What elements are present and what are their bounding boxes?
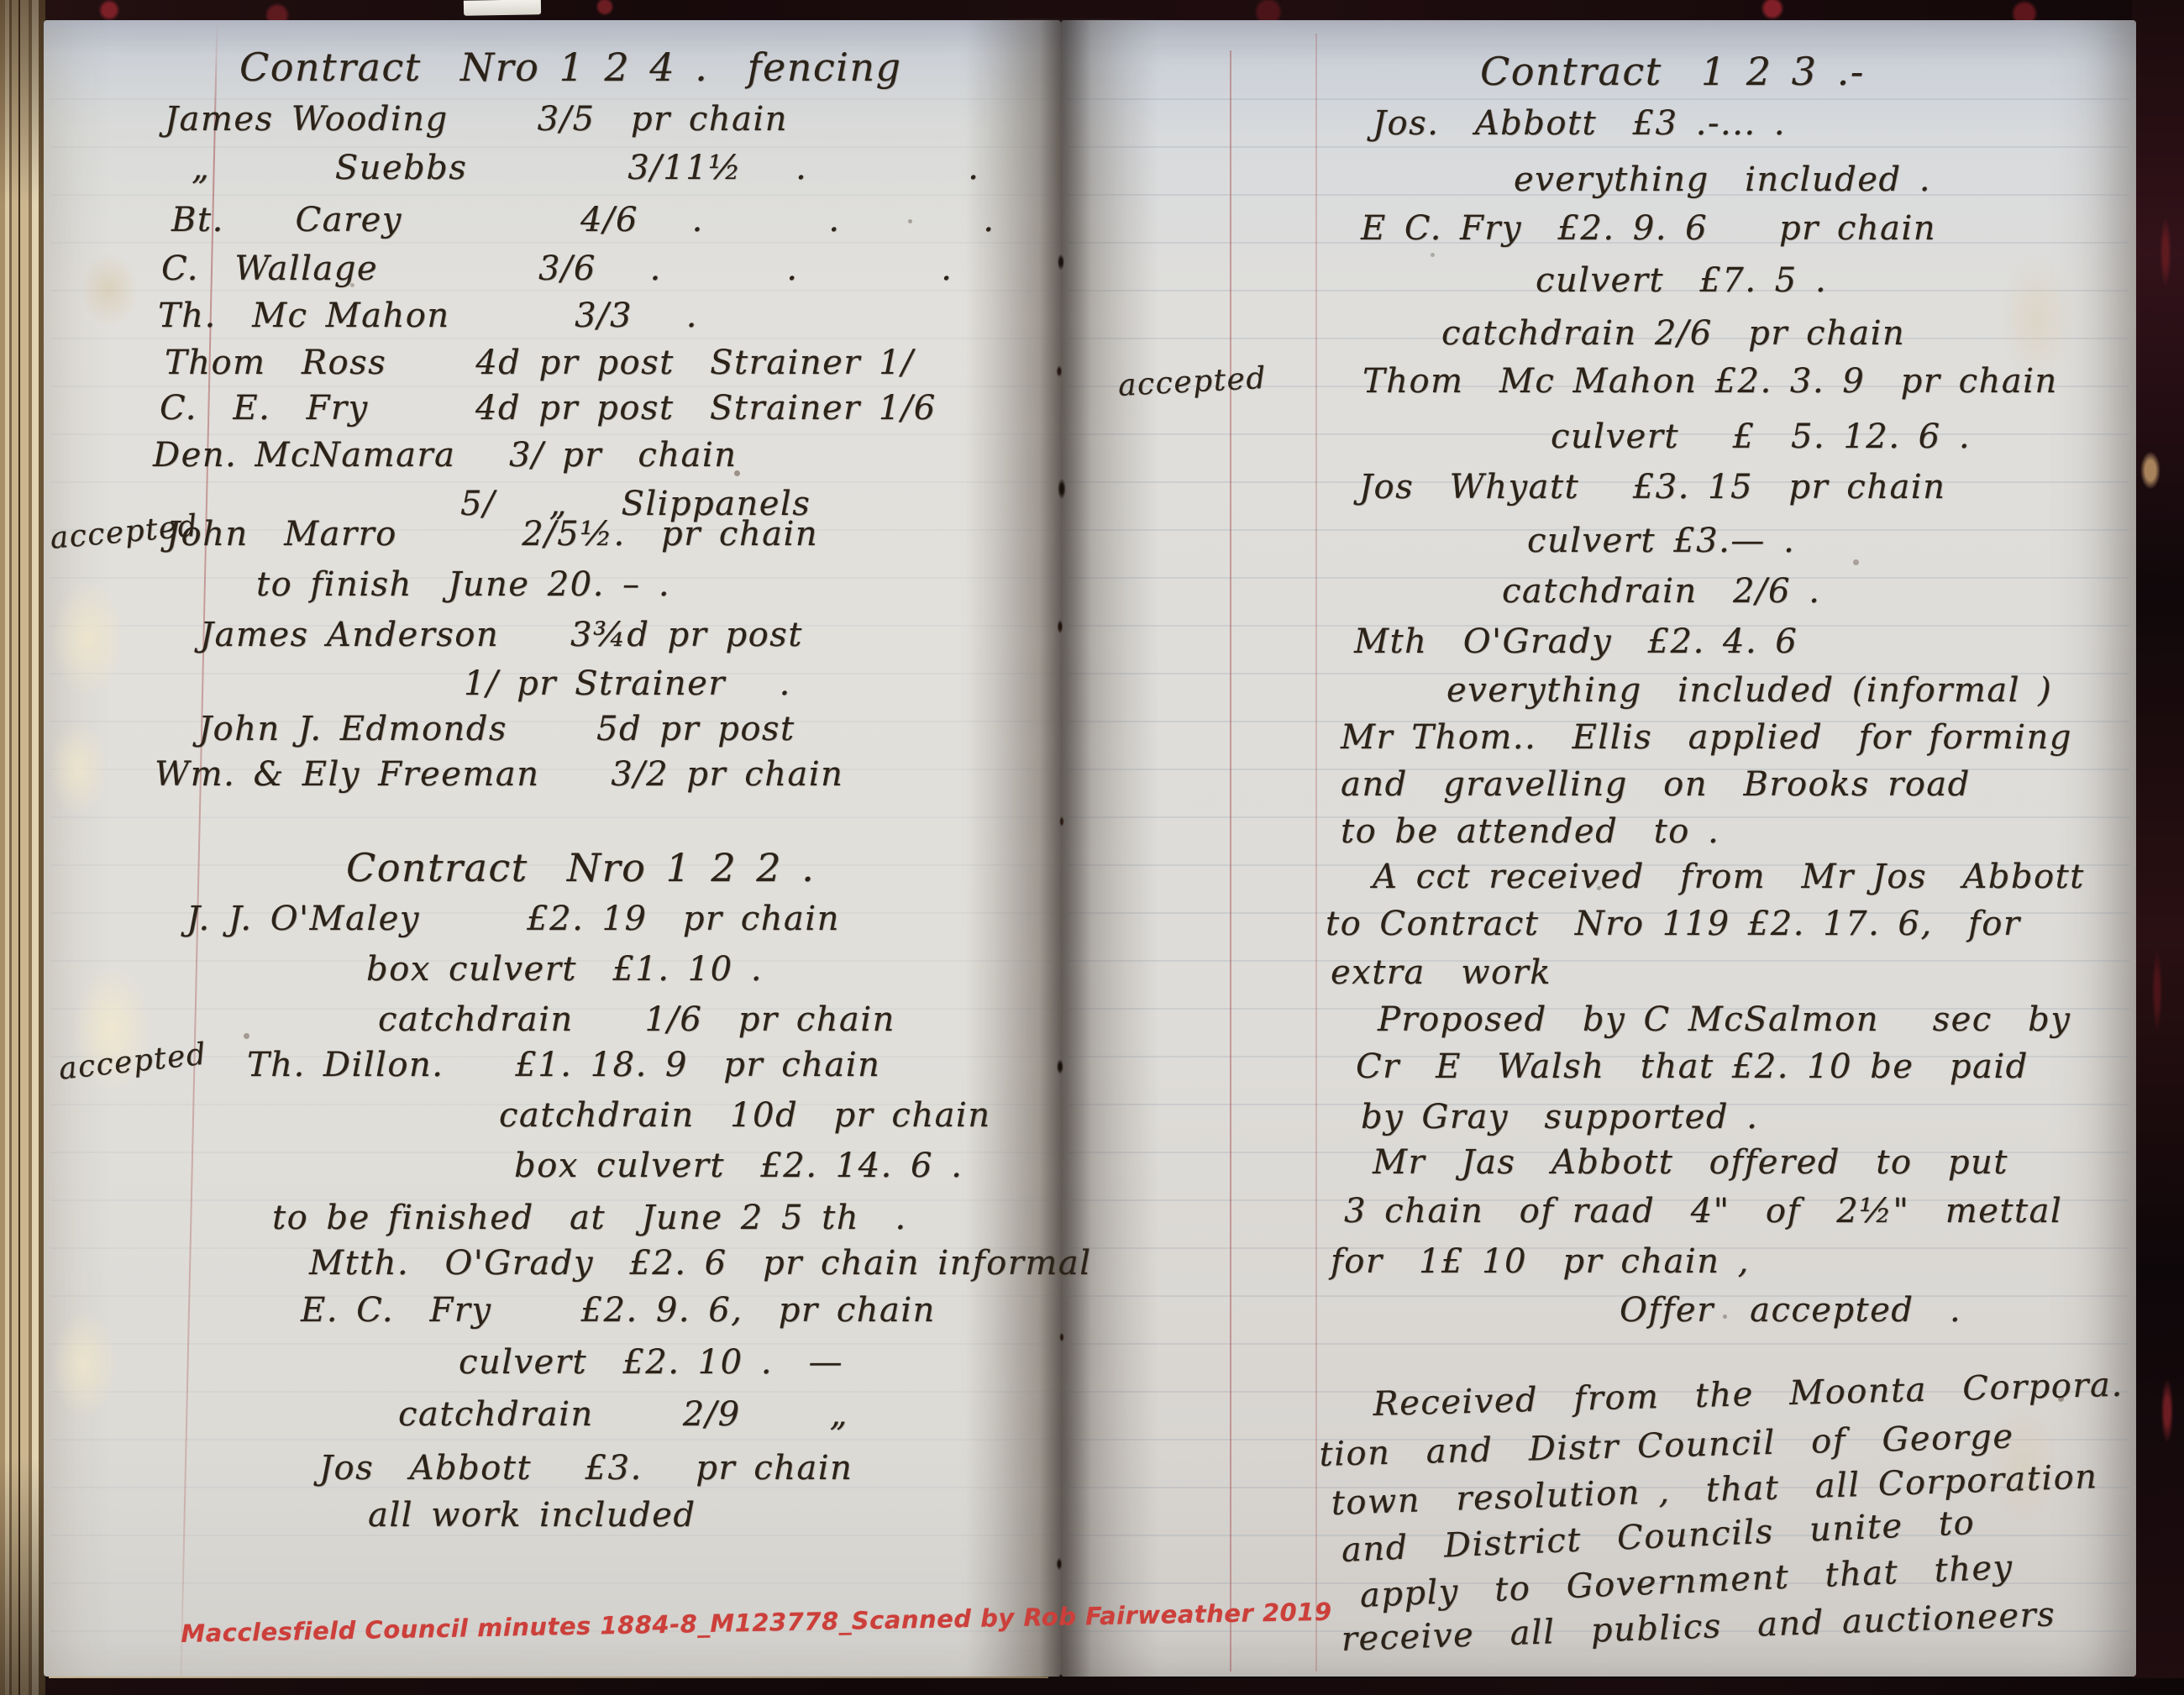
handwritten-line: James Anderson 3¾d pr post [200, 617, 803, 653]
handwritten-line: E C. Fry £2. 9. 6 pr chain [1361, 210, 1936, 247]
handwritten-line: Jos. Abbott £3 .-... . [1373, 105, 1786, 142]
protruding-page-edge [464, 0, 541, 16]
handwritten-line: to finish June 20. – . [256, 566, 670, 603]
handwritten-line: Th. Dillon. £1. 18. 9 pr chain [247, 1047, 880, 1084]
handwritten-line: by Gray supported . [1361, 1099, 1758, 1136]
handwritten-line: C. E. Fry 4d pr post Strainer 1/6 [160, 390, 937, 427]
book-cover-right-edge [2132, 0, 2184, 1695]
handwritten-line: Cr E Walsh that £2. 10 be paid [1356, 1048, 2029, 1085]
handwritten-line: catchdrain 2/6 pr chain [1441, 315, 1905, 352]
handwritten-line: Mth O'Grady £2. 4. 6 [1354, 623, 1798, 660]
handwritten-line: everything included (informal ) [1446, 672, 2052, 709]
handwritten-line: catchdrain 2/6 . [1502, 573, 1820, 610]
handwritten-line: C. Wallage 3/6 . . . [161, 250, 953, 287]
handwritten-line: E. C. Fry £2. 9. 6, pr chain [301, 1292, 936, 1329]
handwritten-line: to be attended to . [1341, 813, 1719, 850]
handwritten-line: catchdrain 2/9 „ [398, 1396, 848, 1433]
handwritten-line: Thom Ross 4d pr post Strainer 1/ [165, 344, 914, 381]
handwritten-line: box culvert £1. 10 . [366, 951, 763, 988]
handwritten-line: everything included . [1514, 161, 1931, 198]
handwritten-line: Mtth. O'Grady £2. 6 pr chain informal [309, 1245, 1091, 1282]
handwritten-line: Proposed by C McSalmon sec by [1378, 1001, 2071, 1038]
handwritten-line: to be finished at June 2 5 th . [272, 1199, 907, 1236]
minute-book-spread: Contract Nro 1 2 4 . fencingJames Woodin… [0, 0, 2184, 1695]
handwritten-line: Bt. Carey 4/6 . . . [171, 202, 995, 239]
handwritten-line: for 1£ 10 pr chain , [1331, 1243, 1750, 1280]
handwritten-line: and gravelling on Brooks road [1341, 766, 1971, 803]
contract-section-title: Contract Nro 1 2 2 . [346, 847, 815, 889]
contract-section-title: Contract 1 2 3 .- [1480, 50, 1865, 93]
handwritten-line: „ Suebbs 3/11½ . . [192, 150, 979, 186]
handwritten-line: John J. Edmonds 5d pr post [198, 711, 795, 748]
handwritten-line: 1/ pr Strainer . [464, 665, 791, 702]
handwritten-line: extra work [1331, 954, 1551, 991]
handwritten-line: catchdrain 10d pr chain [499, 1097, 991, 1134]
page-stack-edge [0, 0, 45, 1695]
handwritten-line: Jos Whyatt £3. 15 pr chain [1359, 469, 1945, 506]
handwritten-line: Den. McNamara 3/ pr chain [153, 437, 737, 474]
handwritten-line: Offer accepted . [1620, 1292, 1961, 1329]
handwritten-line: catchdrain 1/6 pr chain [378, 1001, 895, 1038]
book-cover-top-edge [0, 0, 2184, 22]
handwritten-line: Mr Thom.. Ellis applied for forming [1341, 719, 2072, 756]
handwritten-line: to Contract Nro 119 £2. 17. 6, for [1326, 905, 2021, 942]
handwritten-line: culvert £3.— . [1527, 522, 1795, 559]
handwritten-line: James Wooding 3/5 pr chain [165, 101, 788, 138]
handwritten-line: Mr Jas Abbott offered to put [1373, 1144, 2008, 1181]
handwritten-line: Jos Abbott £3. pr chain [319, 1450, 853, 1487]
handwritten-line: Thom Mc Mahon £2. 3. 9 pr chain [1362, 363, 2058, 400]
handwritten-line: A cct received from Mr Jos Abbott [1373, 858, 2085, 895]
book-cover-bottom-edge [0, 1678, 2184, 1695]
handwritten-line: Th. Mc Mahon 3/3 . [158, 297, 698, 334]
handwritten-line: box culvert £2. 14. 6 . [514, 1147, 963, 1184]
handwritten-line: culvert £7. 5 . [1536, 262, 1827, 299]
handwritten-line: John Marro 2/5½. pr chain [166, 516, 818, 553]
contract-section-title: Contract Nro 1 2 4 . fencing [239, 46, 901, 89]
handwritten-line: Wm. & Ely Freeman 3/2 pr chain [155, 756, 843, 793]
handwritten-line: all work included [368, 1497, 696, 1534]
handwritten-line: culvert £2. 10 . — [459, 1344, 843, 1381]
handwritten-line: J. J. O'Maley £2. 19 pr chain [186, 900, 840, 937]
handwritten-line: 3 chain of raad 4" of 2½" mettal [1344, 1193, 2062, 1230]
handwritten-line: culvert £ 5. 12. 6 . [1551, 418, 1971, 455]
